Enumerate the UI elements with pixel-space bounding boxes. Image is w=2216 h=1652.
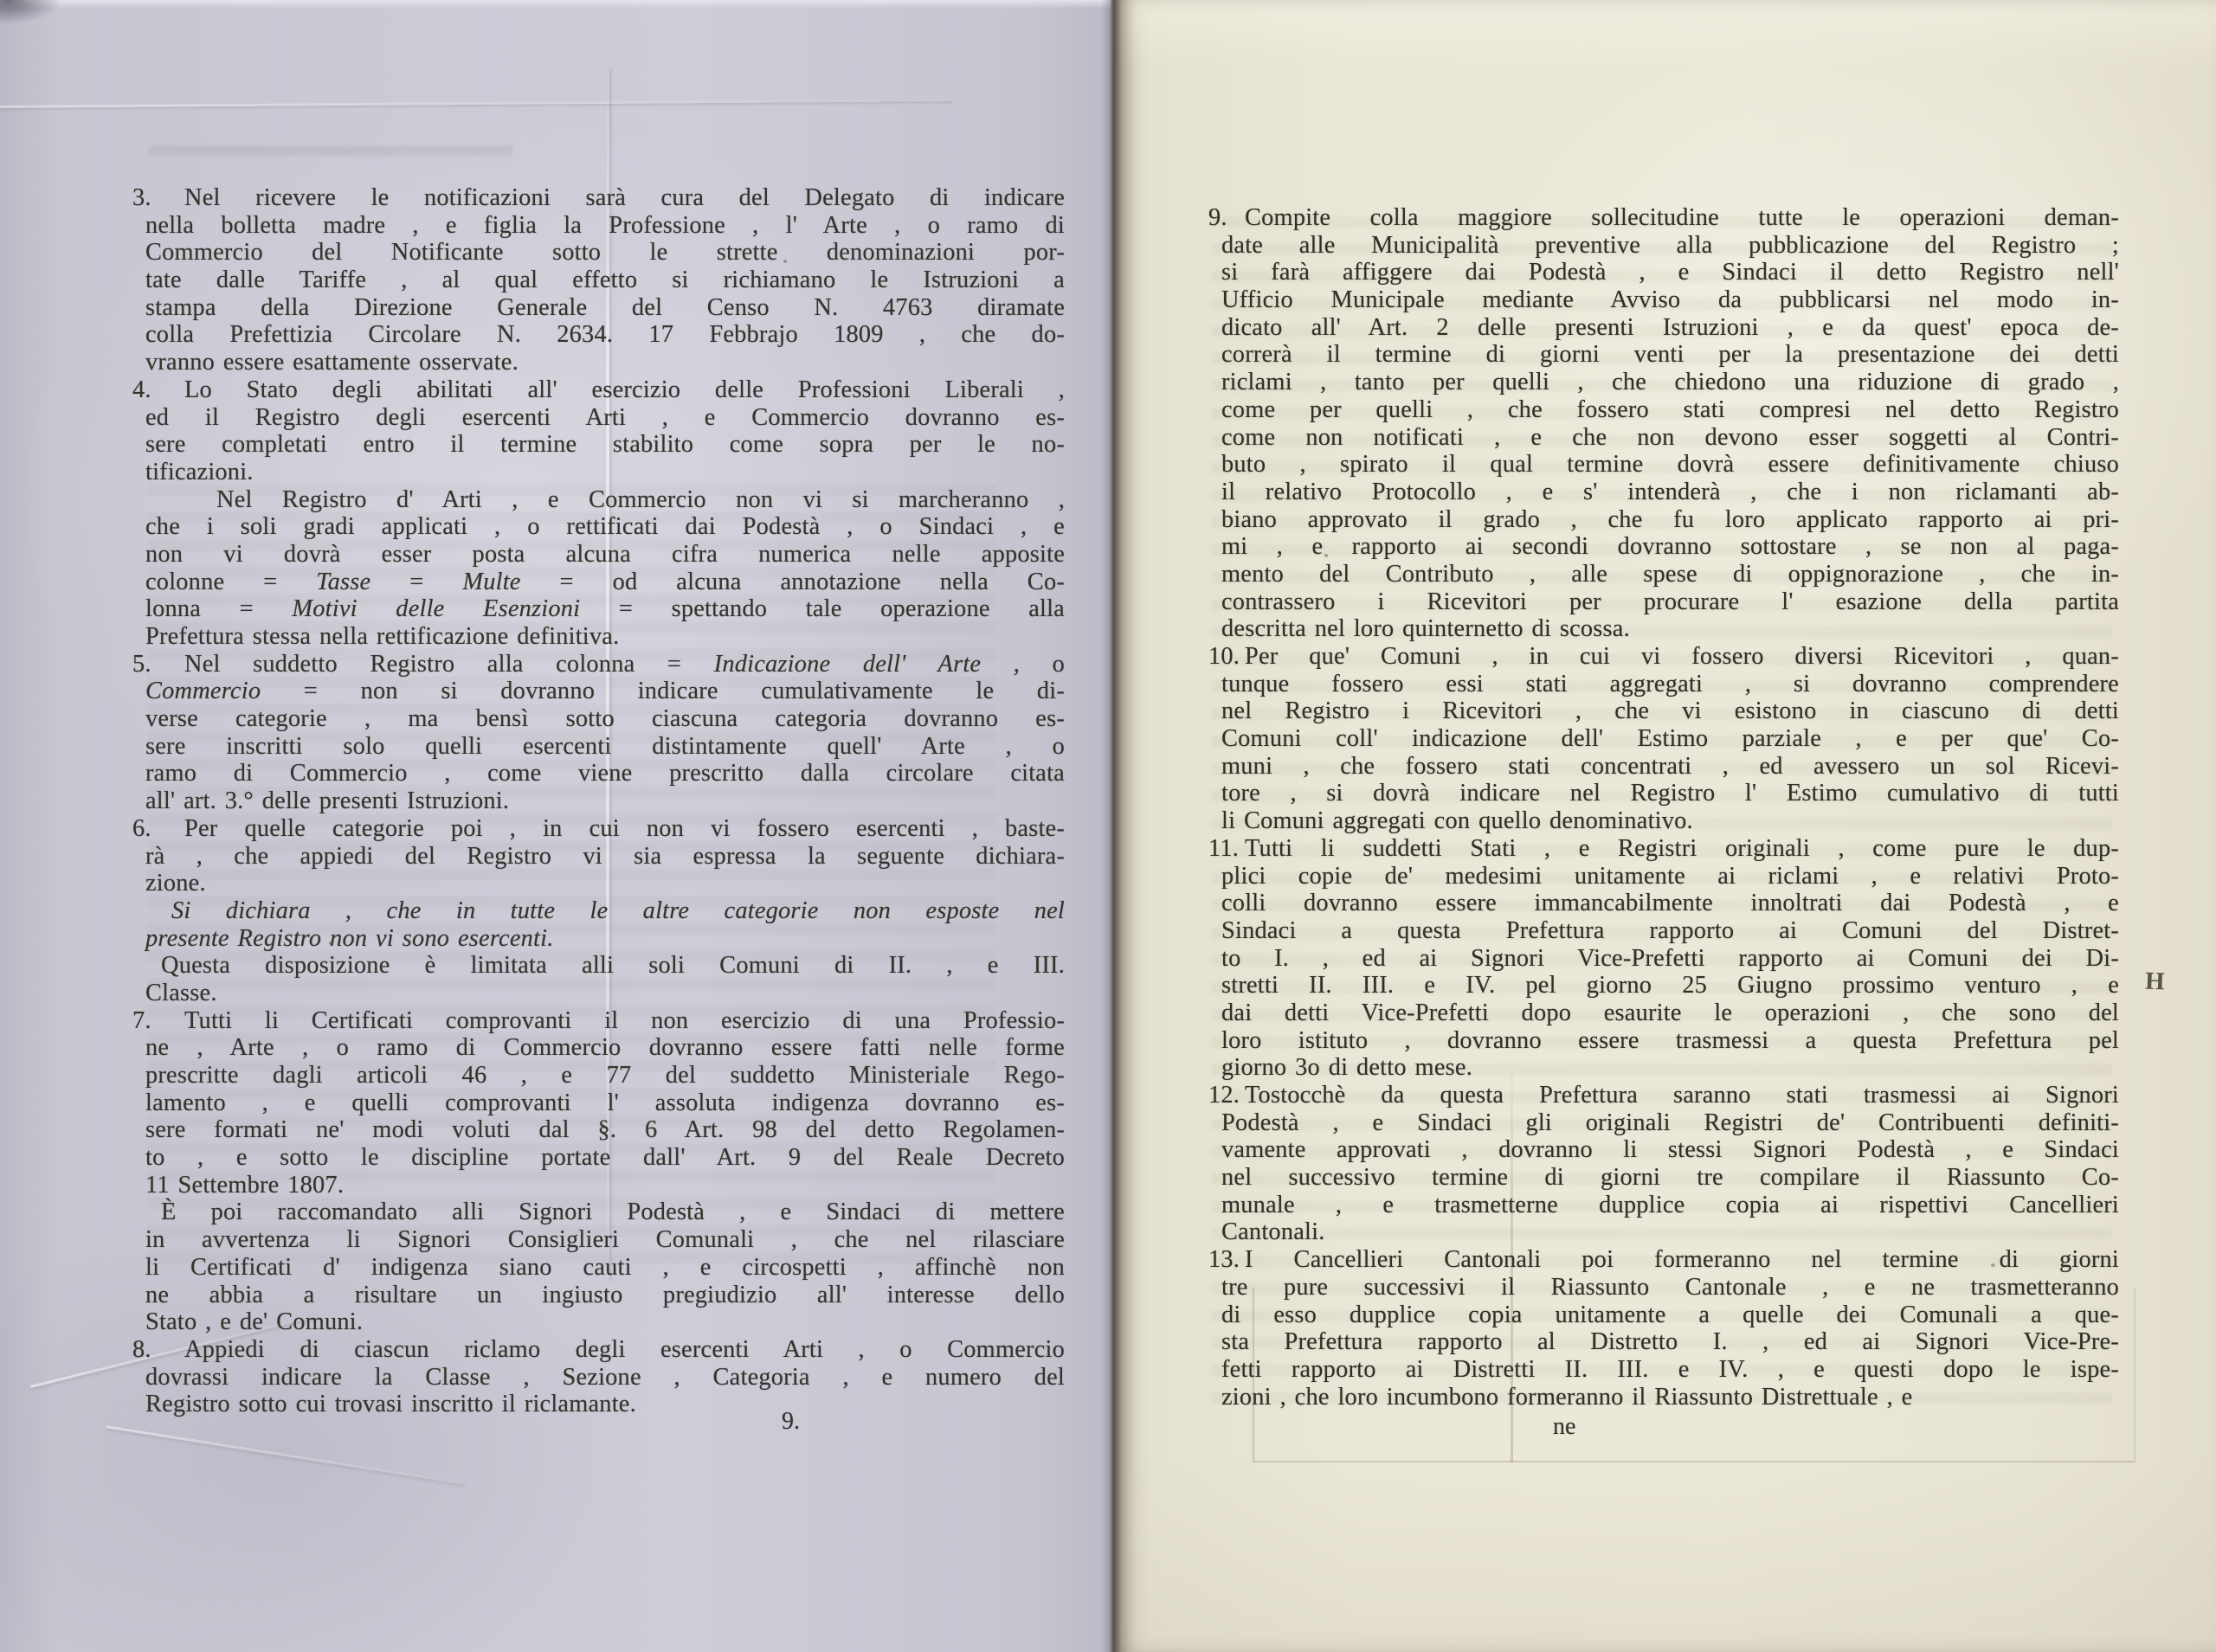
text-line: 7.Tutti li Certificati comprovanti il no…	[132, 1007, 1065, 1035]
text-line: 11.Tutti li suddetti Stati , e Registri …	[1208, 835, 2119, 863]
text-line: Prefettura stessa nella rettificazione d…	[145, 623, 1065, 651]
text-line: in avvertenza li Signori Consiglieri Com…	[145, 1226, 1065, 1254]
text-line: che i soli gradi applicati , o rettifica…	[145, 513, 1065, 541]
text-line: munale , e trasmetterne dupplice copia a…	[1221, 1192, 2119, 1219]
text-line: colla Prefettizia Circolare N. 2634. 17 …	[145, 321, 1065, 349]
text-line: riclami , tanto per quelli , che chiedon…	[1221, 369, 2119, 396]
text-line: contrassero i Ricevitori per procurare l…	[1221, 588, 2119, 616]
text-line: Sindaci a questa Prefettura rapporto ai …	[1221, 917, 2119, 945]
text-line: presente Registro non vi sono esercenti.	[145, 925, 1065, 953]
text-line: 8.Appiedi di ciascun riclamo degli eserc…	[132, 1336, 1065, 1364]
paper-speck	[1991, 1263, 1995, 1267]
text-line: 13.I Cancellieri Cantonali poi formerann…	[1208, 1246, 2119, 1274]
text-line: fetti rapporto ai Distretti II. III. e I…	[1221, 1356, 2119, 1384]
text-line: 5.Nel suddetto Registro alla colonna = I…	[132, 651, 1065, 678]
text-line: Commercio del Notificante sotto le stret…	[145, 239, 1065, 267]
text-line: 6.Per quelle categorie poi , in cui non …	[132, 815, 1065, 843]
text-line: sere completati entro il termine stabili…	[145, 431, 1065, 459]
text-line: colonne = Tasse = Multe = od alcuna anno…	[145, 569, 1065, 596]
text-line: 4.Lo Stato degli abilitati all' esercizi…	[132, 376, 1065, 404]
text-line: 10.Per que' Comuni , in cui vi fossero d…	[1208, 643, 2119, 671]
text-line: Classe.	[145, 980, 1065, 1007]
paper-speck	[783, 260, 787, 263]
text-line: ed il Registro degli esercenti Arti , e …	[145, 404, 1065, 432]
text-line: sere inscritti solo quelli esercenti dis…	[145, 733, 1065, 761]
left-page-catchword: 9.	[782, 1408, 800, 1436]
text-line: to I. , ed ai Signori Vice-Prefetti rapp…	[1221, 945, 2119, 973]
item-number: 12.	[1208, 1082, 1245, 1109]
text-line: di esso dupplice copia unitamente a quel…	[1221, 1302, 2119, 1329]
text-line: tificazioni.	[145, 459, 1065, 486]
page-gutter-fold	[1101, 0, 1136, 1652]
page-edge-highlight	[0, 0, 1117, 9]
left-page-text: 3.Nel ricevere le notificazioni sarà cur…	[132, 184, 1065, 1418]
text-line: non vi dovrà esser posta alcuna cifra nu…	[145, 541, 1065, 569]
text-line: dai detti Vice-Prefetti dopo esaurite le…	[1221, 1000, 2119, 1027]
text-line: nel successivo termine di giorni tre com…	[1221, 1164, 2119, 1192]
paper-speck	[1324, 554, 1328, 557]
item-number: 5.	[132, 651, 184, 678]
text-line: giorno 3o di detto mese.	[1221, 1054, 2119, 1082]
text-line: 12.Tostocchè da questa Prefettura sarann…	[1208, 1082, 2119, 1109]
text-line: muni , che fossero stati concentrati , e…	[1221, 753, 2119, 781]
text-line: tre pure successivi il Riassunto Cantona…	[1221, 1274, 2119, 1302]
text-line: È poi raccomandato alli Signori Podestà …	[161, 1199, 1065, 1226]
text-line: mi , e rapporto ai secondi dovranno sott…	[1221, 533, 2119, 561]
text-line: nella bolletta madre , e figlia la Profe…	[145, 212, 1065, 240]
text-line: Commercio = non si dovranno indicare cum…	[145, 678, 1065, 705]
text-line: prescritte dagli articoli 46 , e 77 del …	[145, 1062, 1065, 1090]
text-line: li Comuni aggregati con quello denominat…	[1221, 807, 2119, 835]
text-line: tate dalle Tariffe , al qual effetto si …	[145, 267, 1065, 294]
scanned-document: 3.Nel ricevere le notificazioni sarà cur…	[0, 0, 2216, 1652]
text-line: buto , spirato il qual termine dovrà ess…	[1221, 451, 2119, 479]
text-line: 11 Settembre 1807.	[145, 1172, 1065, 1199]
text-line: dovrassi indicare la Classe , Sezione , …	[145, 1364, 1065, 1392]
item-number: 3.	[132, 184, 184, 212]
item-number: 8.	[132, 1336, 184, 1364]
item-number: 6.	[132, 815, 184, 843]
text-line: tore , si dovrà indicare nel Registro l'…	[1221, 780, 2119, 807]
text-line: rà , che appiedi del Registro vi sia esp…	[145, 843, 1065, 871]
text-line: stampa della Direzione Generale del Cens…	[145, 294, 1065, 322]
text-line: mento del Contributo , alle spese di opp…	[1221, 561, 2119, 588]
text-line: sere formati ne' modi voluti dal §. 6 Ar…	[145, 1116, 1065, 1144]
right-page-catchword: ne	[1553, 1413, 1575, 1441]
text-line: descritta nel loro quinternetto di scoss…	[1221, 615, 2119, 643]
paper-speck	[329, 942, 333, 945]
text-line: vranno essere esattamente osservate.	[145, 349, 1065, 376]
text-line: all' art. 3.° delle presenti Istruzioni.	[145, 787, 1065, 815]
right-page-text: 9.Compite colla maggiore sollecitudine t…	[1208, 204, 2119, 1411]
text-line: zioni , che loro incumbono formeranno il…	[1221, 1384, 2119, 1411]
text-line: biano approvato il grado , che fu loro a…	[1221, 506, 2119, 534]
text-line: Podestà , e Sindaci gli originali Regist…	[1221, 1109, 2119, 1137]
scan-corner-shadow	[0, 0, 62, 24]
text-line: ramo di Commercio , come viene prescritt…	[145, 760, 1065, 787]
text-line: Si dichiara , che in tutte le altre cate…	[171, 897, 1065, 925]
margin-mark: H	[2144, 967, 2165, 997]
text-line: Comuni coll' indicazione dell' Estimo pa…	[1221, 725, 2119, 753]
text-line: 3.Nel ricevere le notificazioni sarà cur…	[132, 184, 1065, 212]
text-line: plici copie de' medesimi unitamente ai r…	[1221, 863, 2119, 890]
left-page: 3.Nel ricevere le notificazioni sarà cur…	[0, 0, 1117, 1652]
text-line: sta Prefettura rapporto al Distretto I. …	[1221, 1328, 2119, 1356]
text-line: Stato , e de' Comuni.	[145, 1308, 1065, 1336]
text-line: verse categorie , ma bensì sotto ciascun…	[145, 705, 1065, 733]
text-line: si farà affiggere dai Podestà , e Sindac…	[1221, 259, 2119, 286]
text-line: come per quelli , che fossero stati comp…	[1221, 396, 2119, 424]
text-line: come non notificati , e che non devono e…	[1221, 424, 2119, 452]
paper-crease-diagonal	[106, 1425, 465, 1485]
text-line: to , e sotto le discipline portate dall'…	[145, 1144, 1065, 1172]
text-line: loro istituto , dovranno essere trasmess…	[1221, 1027, 2119, 1055]
text-line: 9.Compite colla maggiore sollecitudine t…	[1208, 204, 2119, 232]
item-number: 4.	[132, 376, 184, 404]
text-line: vamente approvati , dovranno li stessi S…	[1221, 1136, 2119, 1164]
item-number: 13.	[1208, 1246, 1245, 1274]
ink-bleedthrough-smudge	[145, 145, 513, 180]
text-line: ne abbia a risultare un ingiusto pregiud…	[145, 1282, 1065, 1309]
item-number: 10.	[1208, 643, 1245, 671]
text-line: stretti II. III. e IV. pel giorno 25 Giu…	[1221, 972, 2119, 1000]
item-number: 9.	[1208, 204, 1245, 232]
text-line: li Certificati d' indigenza siano cauti …	[145, 1254, 1065, 1282]
item-number: 11.	[1208, 835, 1245, 863]
text-line: correrà il termine di giorni venti per l…	[1221, 341, 2119, 369]
text-line: zione.	[145, 870, 1065, 897]
text-line: tunque fossero essi stati aggregati , si…	[1221, 671, 2119, 698]
text-line: Questa disposizione è limitata alli soli…	[161, 952, 1065, 980]
text-line: Registro sotto cui trovasi inscritto il …	[145, 1391, 1065, 1418]
text-line: Ufficio Municipale mediante Avviso da pu…	[1221, 286, 2119, 314]
paper-crease-horizontal	[0, 99, 952, 108]
text-line: date alle Municipalità preventive alla p…	[1221, 232, 2119, 260]
text-line: il relativo Protocollo , e s' intenderà …	[1221, 479, 2119, 506]
text-line: ne , Arte , o ramo di Commercio dovranno…	[145, 1034, 1065, 1062]
right-page: 9.Compite colla maggiore sollecitudine t…	[1117, 0, 2216, 1652]
text-line: nel Registro i Ricevitori , che vi esist…	[1221, 697, 2119, 725]
text-line: dicato all' Art. 2 delle presenti Istruz…	[1221, 314, 2119, 342]
text-line: lonna = Motivi delle Esenzioni = spettan…	[145, 595, 1065, 623]
text-line: lamento , e quelli comprovanti l' assolu…	[145, 1090, 1065, 1117]
item-number: 7.	[132, 1007, 184, 1035]
text-line: Cantonali.	[1221, 1218, 2119, 1246]
text-line: Nel Registro d' Arti , e Commercio non v…	[216, 486, 1065, 514]
text-line: colli dovranno essere immancabilmente in…	[1221, 890, 2119, 917]
